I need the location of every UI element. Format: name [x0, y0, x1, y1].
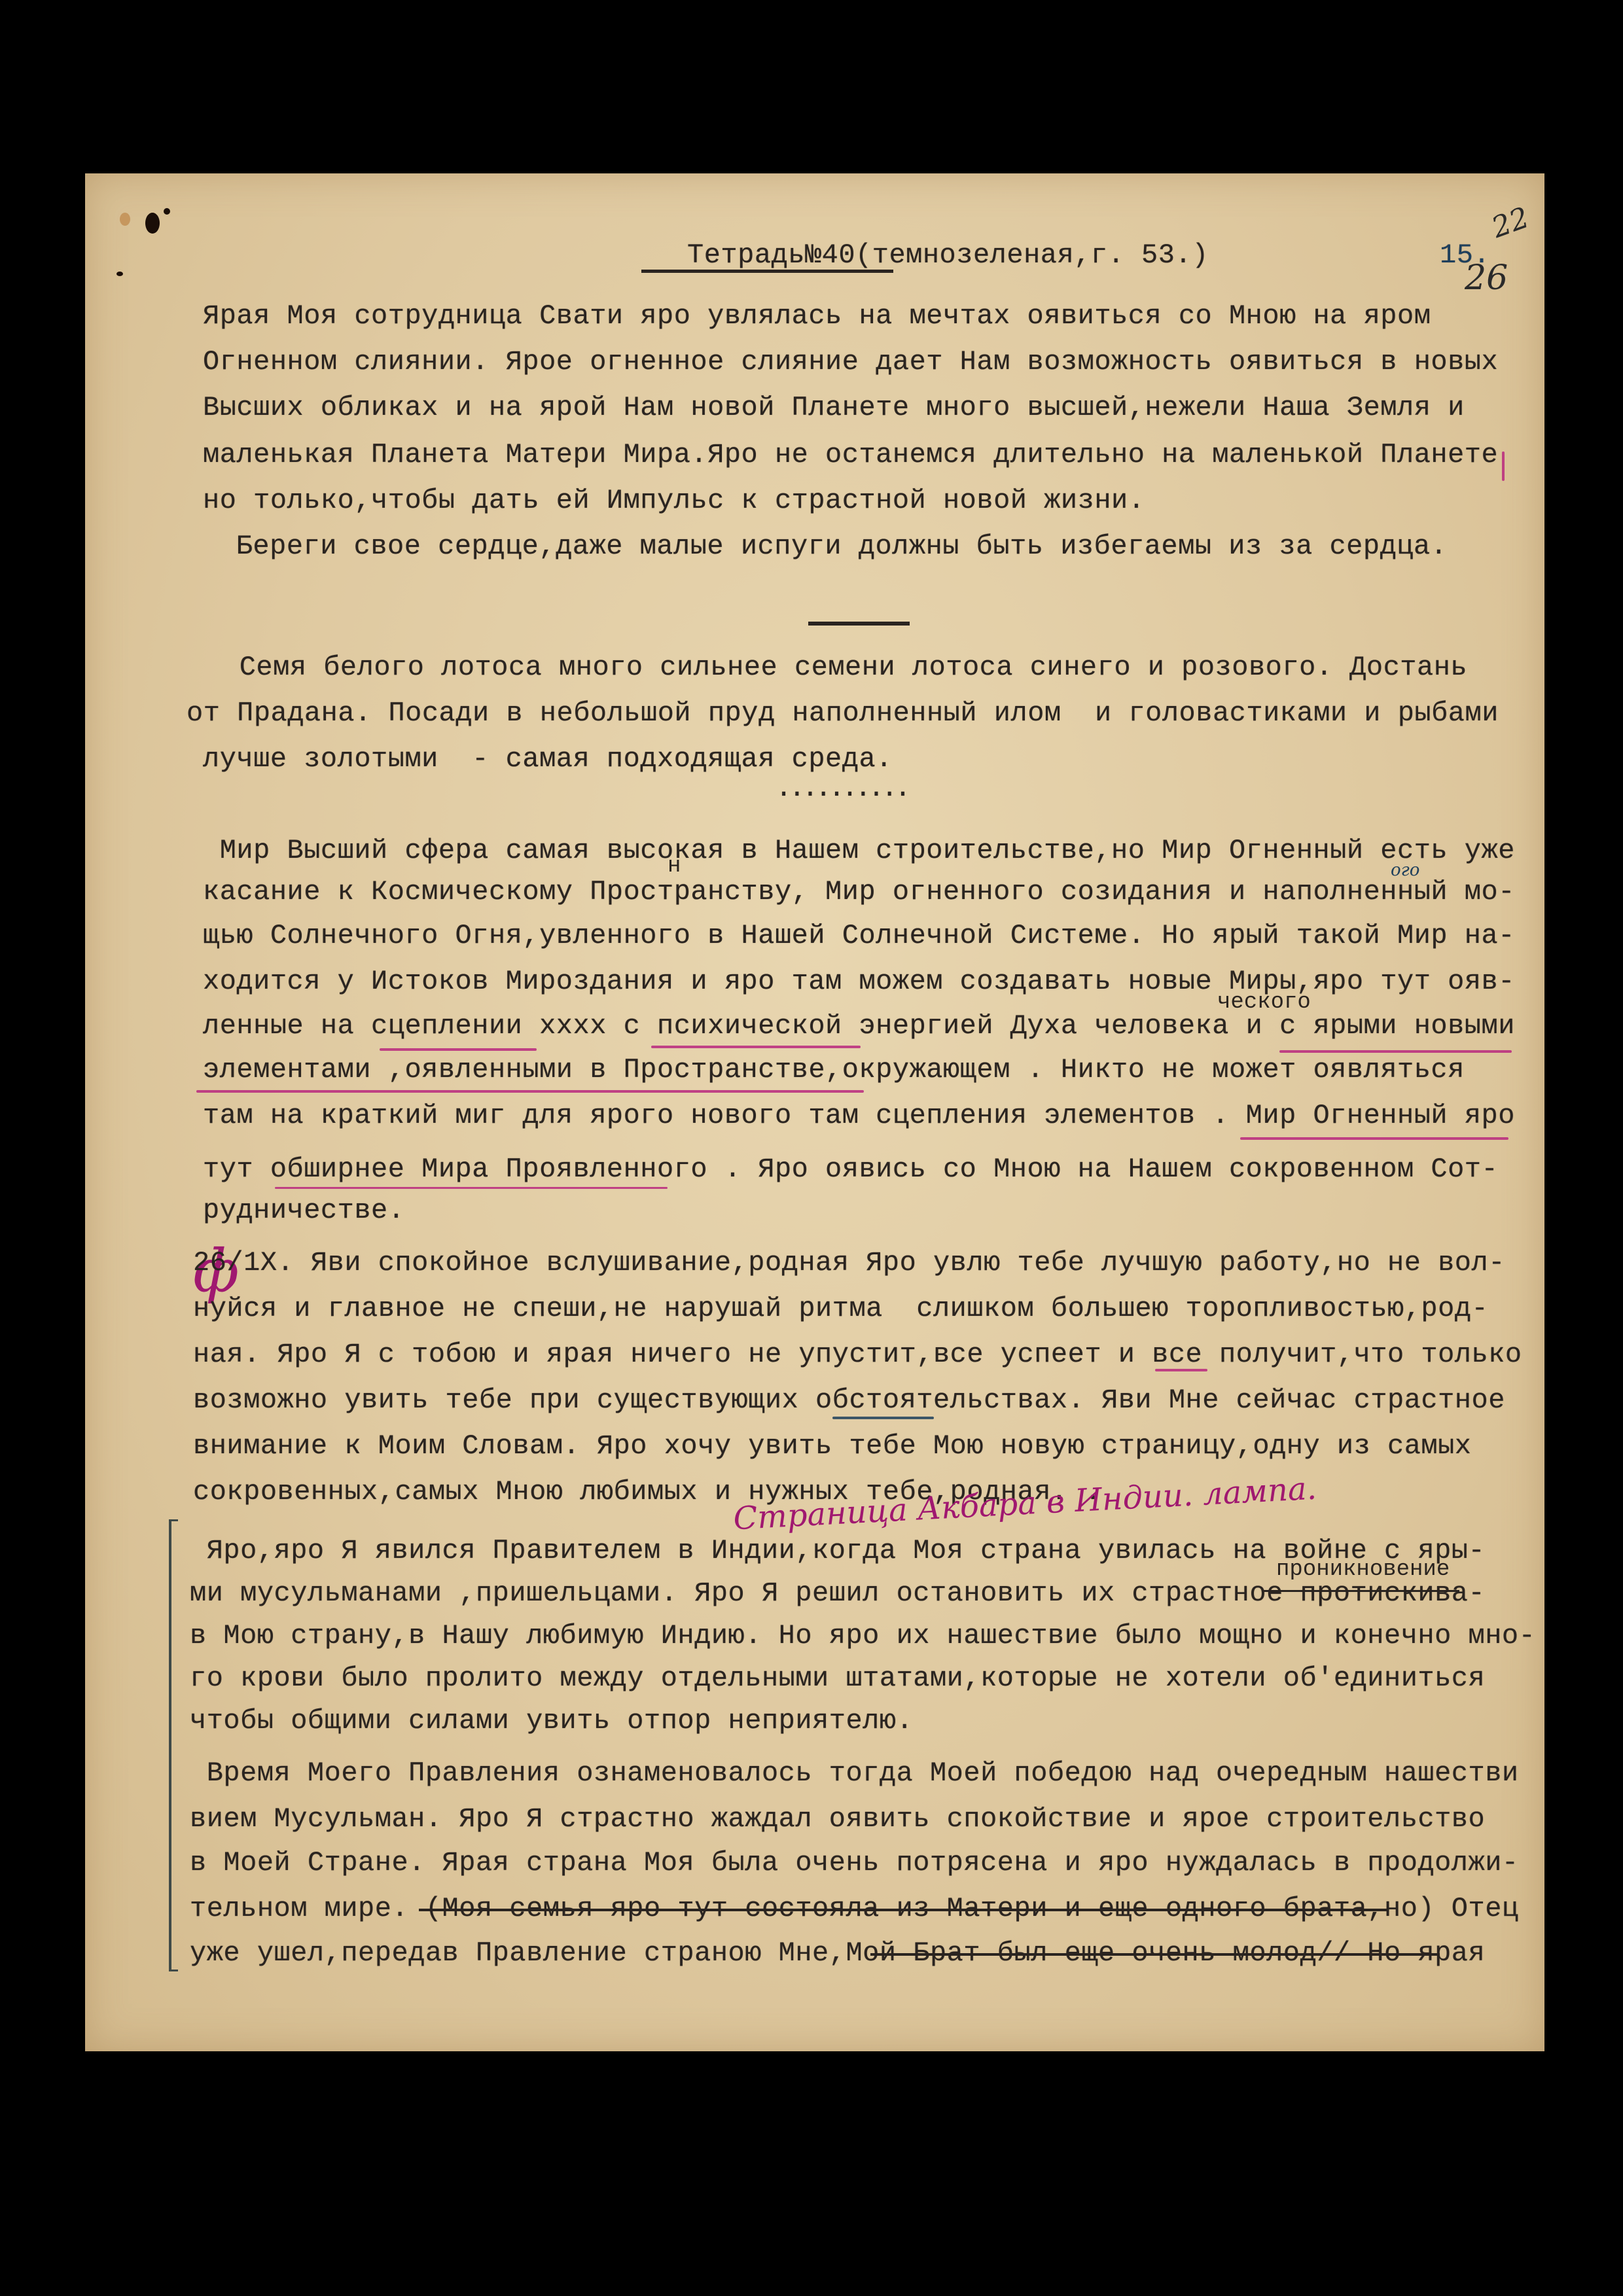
text-line: внимание к Моим Словам. Яро хочу увить т… — [193, 1430, 1472, 1462]
text-line: нуйся и главное не спеши,не нарушай ритм… — [193, 1292, 1488, 1325]
text-line: щью Солнечного Огня,увленного в Нашей Со… — [203, 919, 1515, 952]
text-line: чтобы общими силами увить отпор неприяте… — [190, 1704, 913, 1737]
page-title: Тетрадь№40(темнозеленая,г. 53.) — [687, 239, 1209, 272]
text-line: ная. Яро Я с тобою и ярая ничего не упус… — [193, 1338, 1522, 1371]
ink-blot — [116, 272, 123, 276]
magenta-underline — [380, 1048, 537, 1051]
text-line: ленные на сцеплении хххх с психической э… — [203, 1010, 1515, 1042]
title-underline — [641, 270, 893, 273]
rust-stain — [120, 213, 130, 226]
text-line: ми мусульманами ,пришельцами. Яро Я реши… — [190, 1577, 1485, 1610]
text-line: Огненном слиянии. Ярое огненное слияние … — [203, 345, 1498, 378]
text-line: го крови было пролито между отдельными ш… — [190, 1662, 1485, 1695]
text-line: Высших обликах и на ярой Нам новой Плане… — [203, 391, 1465, 424]
date-line: 26/1Х. Яви спокойное вслушивание,родная … — [193, 1246, 1505, 1279]
text-line: от Прадана. Посади в небольшой пруд напо… — [187, 697, 1499, 730]
text-line: в Мою страну,в Нашу любимую Индию. Но яр… — [190, 1619, 1535, 1652]
text-line: рудничестве. — [203, 1194, 404, 1227]
magenta-underline — [196, 1090, 864, 1093]
magenta-underline — [651, 1046, 861, 1048]
text-line: маленькая Планета Матери Мира.Яро не ост… — [203, 438, 1498, 471]
text-line: Мир Высший сфера самая высокая в Нашем с… — [203, 834, 1515, 867]
margin-bracket — [169, 1519, 178, 1971]
text-line: но только,чтобы дать ей Импульс к страст… — [203, 484, 1145, 517]
strikethrough — [1263, 1590, 1459, 1592]
text-line: Время Моего Правления ознаменовалось тог… — [190, 1757, 1519, 1790]
text-line: Береги свое сердце,даже малые испуги дол… — [219, 530, 1447, 563]
magenta-underline — [275, 1187, 668, 1189]
text-line: лучше золотыми - самая подходящая среда. — [203, 743, 893, 775]
text-line: Ярая Моя сотрудница Свати яро увлялась н… — [203, 300, 1431, 332]
text-line: тут обширнее Мира Проявленного . Яро ояв… — [203, 1153, 1498, 1186]
magenta-underline — [1279, 1050, 1512, 1053]
text-line: Семя белого лотоса много сильнее семени … — [223, 651, 1467, 684]
strikethrough — [419, 1909, 1387, 1911]
magenta-underline — [1155, 1369, 1207, 1371]
text-line: в Моей Стране. Ярая страна Моя была очен… — [190, 1846, 1519, 1879]
text-line: касание к Космическому Пространству, Мир… — [203, 875, 1515, 908]
text-line: вием Мусульман. Яро Я страстно жаждал оя… — [190, 1803, 1485, 1835]
insertion-oho: ого — [1391, 860, 1419, 880]
blue-underline — [832, 1417, 934, 1419]
text-line: элементами ,оявленными в Пространстве,ок… — [203, 1053, 1465, 1086]
text-line: ходится у Истоков Мироздания и яро там м… — [203, 965, 1515, 998]
ink-blot — [145, 213, 160, 234]
page-number-handwritten-2: 26 — [1465, 258, 1508, 298]
section-divider — [808, 622, 910, 626]
text-line: возможно увить тебе при существующих обс… — [193, 1384, 1505, 1417]
text-line: там на краткий миг для ярого нового там … — [203, 1099, 1515, 1132]
magenta-underline — [1240, 1137, 1508, 1140]
magenta-comma-mark — [1502, 451, 1505, 481]
ink-blot — [164, 208, 170, 215]
dots-divider: .......... — [776, 772, 908, 805]
strikethrough — [870, 1953, 1440, 1956]
